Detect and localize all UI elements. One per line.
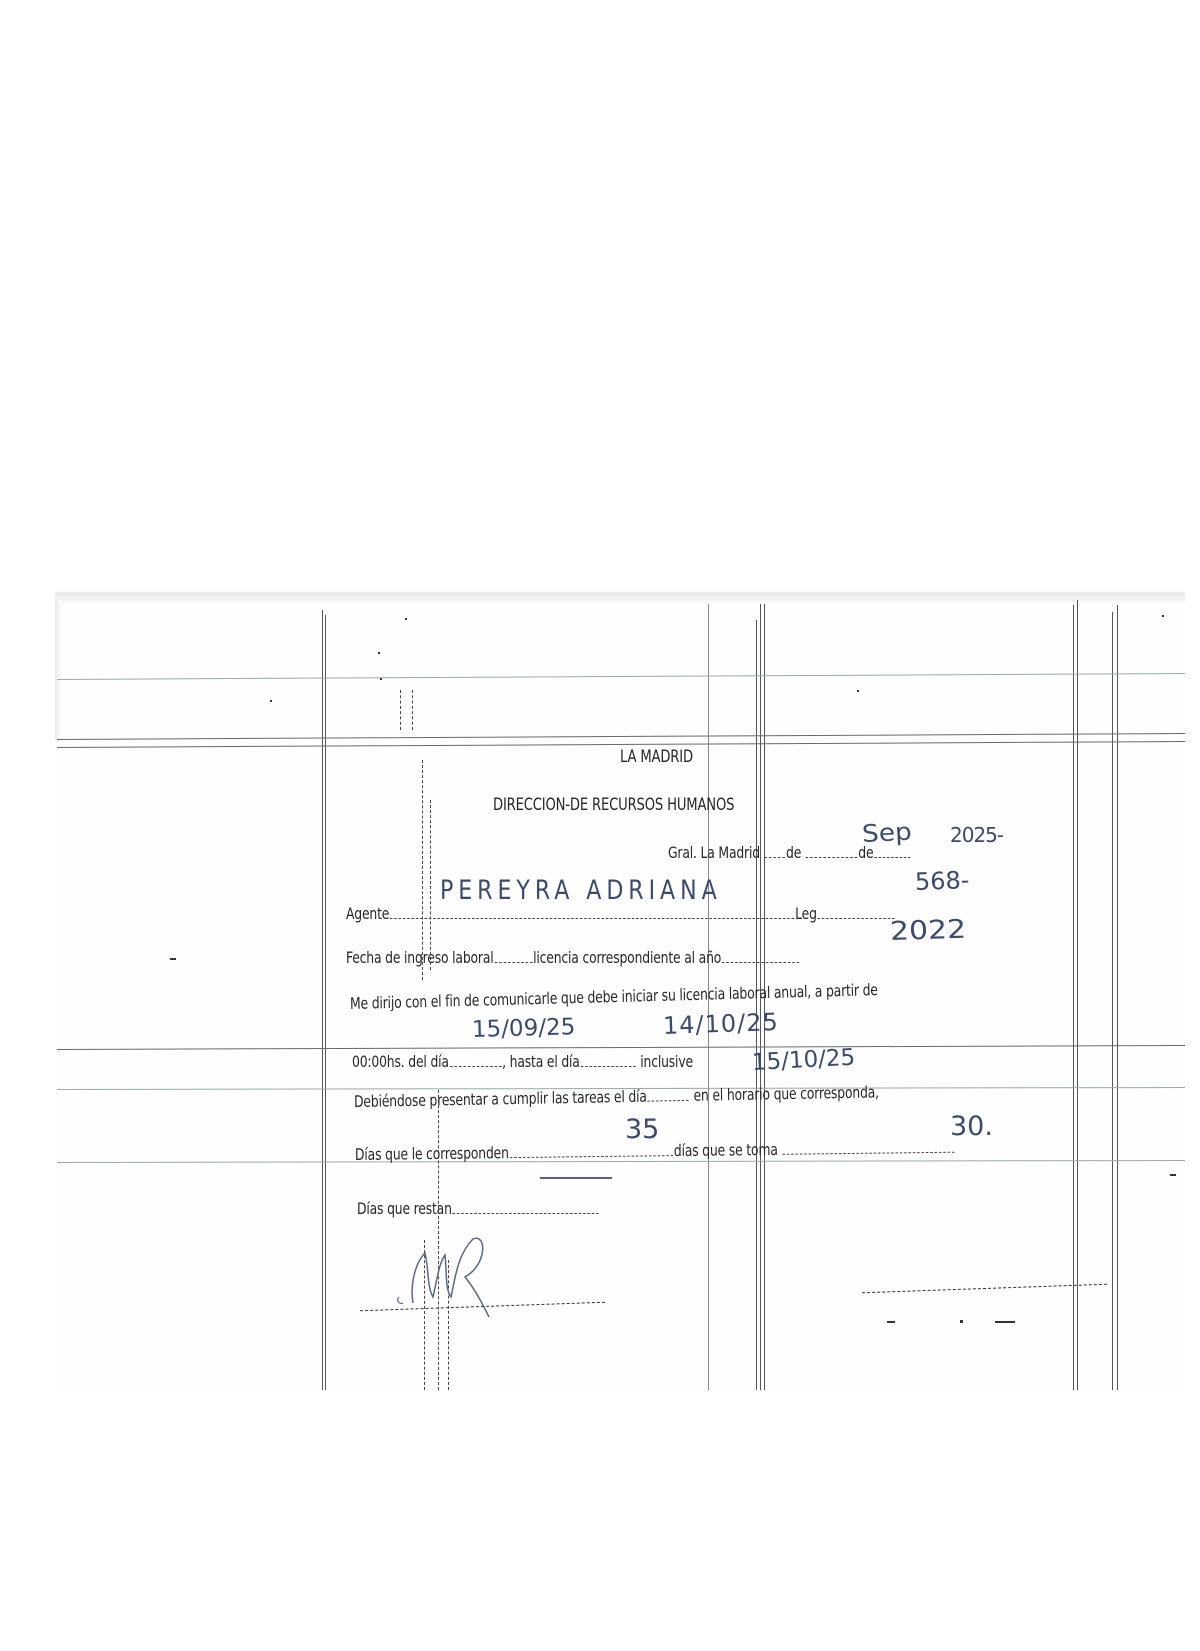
scan-speck (995, 1321, 1015, 1323)
days-restan-label: Días que restan (357, 1199, 452, 1218)
handwritten-start-date: 15/09/25 (472, 1014, 576, 1043)
day-blank[interactable] (765, 856, 786, 858)
days-toma-field[interactable] (782, 1151, 954, 1155)
handwritten-licencia-year: 2022 (889, 915, 966, 947)
leg-label: Leg (795, 904, 817, 923)
ingreso-line: Fecha de ingreso laborallicencia corresp… (346, 948, 800, 967)
period-line: 00:00hs. del día, hasta el día inclusive (352, 1052, 693, 1071)
ruling-line-vertical (1073, 605, 1074, 1390)
scan-speck (1170, 1174, 1176, 1176)
licencia-label: licencia correspondiente al año (533, 948, 721, 967)
handwritten-agent-name: PEREYRA ADRIANA (440, 875, 722, 906)
ruling-line-vertical (1077, 600, 1078, 1390)
scan-artifact (430, 800, 432, 970)
days-corresponden-label: Días que le corresponden (355, 1143, 509, 1164)
end-date-field[interactable] (581, 1065, 636, 1067)
scan-artifact (422, 760, 424, 980)
month-blank[interactable] (806, 856, 858, 858)
scan-speck (380, 678, 382, 680)
handwritten-return-date: 15/10/25 (751, 1045, 856, 1076)
licencia-year-field[interactable] (722, 961, 799, 963)
scan-left-edge (55, 600, 61, 740)
handwritten-leg: 568- (915, 866, 970, 896)
de-label: de (786, 843, 801, 862)
ingreso-date-field[interactable] (494, 961, 532, 963)
days-restan-line: Días que restan (357, 1199, 600, 1218)
days-toma-label: días que se toma (674, 1140, 778, 1160)
scan-edge-shadow (55, 592, 1185, 606)
leg-field[interactable] (818, 917, 895, 919)
scan-speck (170, 958, 176, 960)
scan-speck (405, 618, 407, 620)
scan-artifact (412, 690, 414, 730)
scan-speck (378, 652, 380, 654)
signature-icon (395, 1225, 515, 1325)
inclusive-label: inclusive (640, 1052, 693, 1071)
return-date-field[interactable] (648, 1099, 689, 1102)
ruling-line-vertical (322, 610, 323, 1390)
scan-artifact (400, 690, 402, 730)
handwritten-days-restan (540, 1177, 612, 1179)
scan-speck (960, 1320, 963, 1323)
handwritten-days-toma: 30. (950, 1111, 993, 1142)
handwritten-end-date: 14/10/25 (663, 1008, 780, 1040)
scan-speck (270, 700, 272, 702)
return-label-after: en el horario que corresponda, (693, 1082, 879, 1104)
start-date-field[interactable] (450, 1065, 502, 1067)
ruling-line-vertical (1112, 612, 1113, 1390)
period-start-label: 00:00hs. del día (352, 1052, 449, 1071)
handwritten-month: Sep (861, 818, 912, 848)
ingreso-label: Fecha de ingreso laboral (346, 948, 494, 967)
scan-speck (887, 1321, 895, 1323)
department-title: DIRECCION-DE RECURSOS HUMANOS (493, 795, 734, 815)
org-header: LA MADRID (620, 747, 693, 767)
agent-label: Agente (346, 904, 389, 923)
agent-name-field[interactable] (390, 917, 794, 919)
ruling-line-vertical (1117, 605, 1118, 1390)
ruling-line-vertical (325, 615, 326, 1390)
scan-speck (1162, 615, 1164, 617)
days-corresponden-field[interactable] (510, 1154, 673, 1158)
handwritten-year: 2025- (950, 823, 1003, 847)
place-label: Gral. La Madrid (668, 843, 760, 862)
scan-speck (857, 690, 859, 692)
agent-line: AgenteLeg (346, 904, 896, 923)
period-end-label: , hasta el día (502, 1052, 580, 1071)
days-restan-field[interactable] (453, 1212, 599, 1214)
year-blank[interactable] (874, 856, 910, 858)
handwritten-days-corresponden: 35 (625, 1114, 659, 1145)
